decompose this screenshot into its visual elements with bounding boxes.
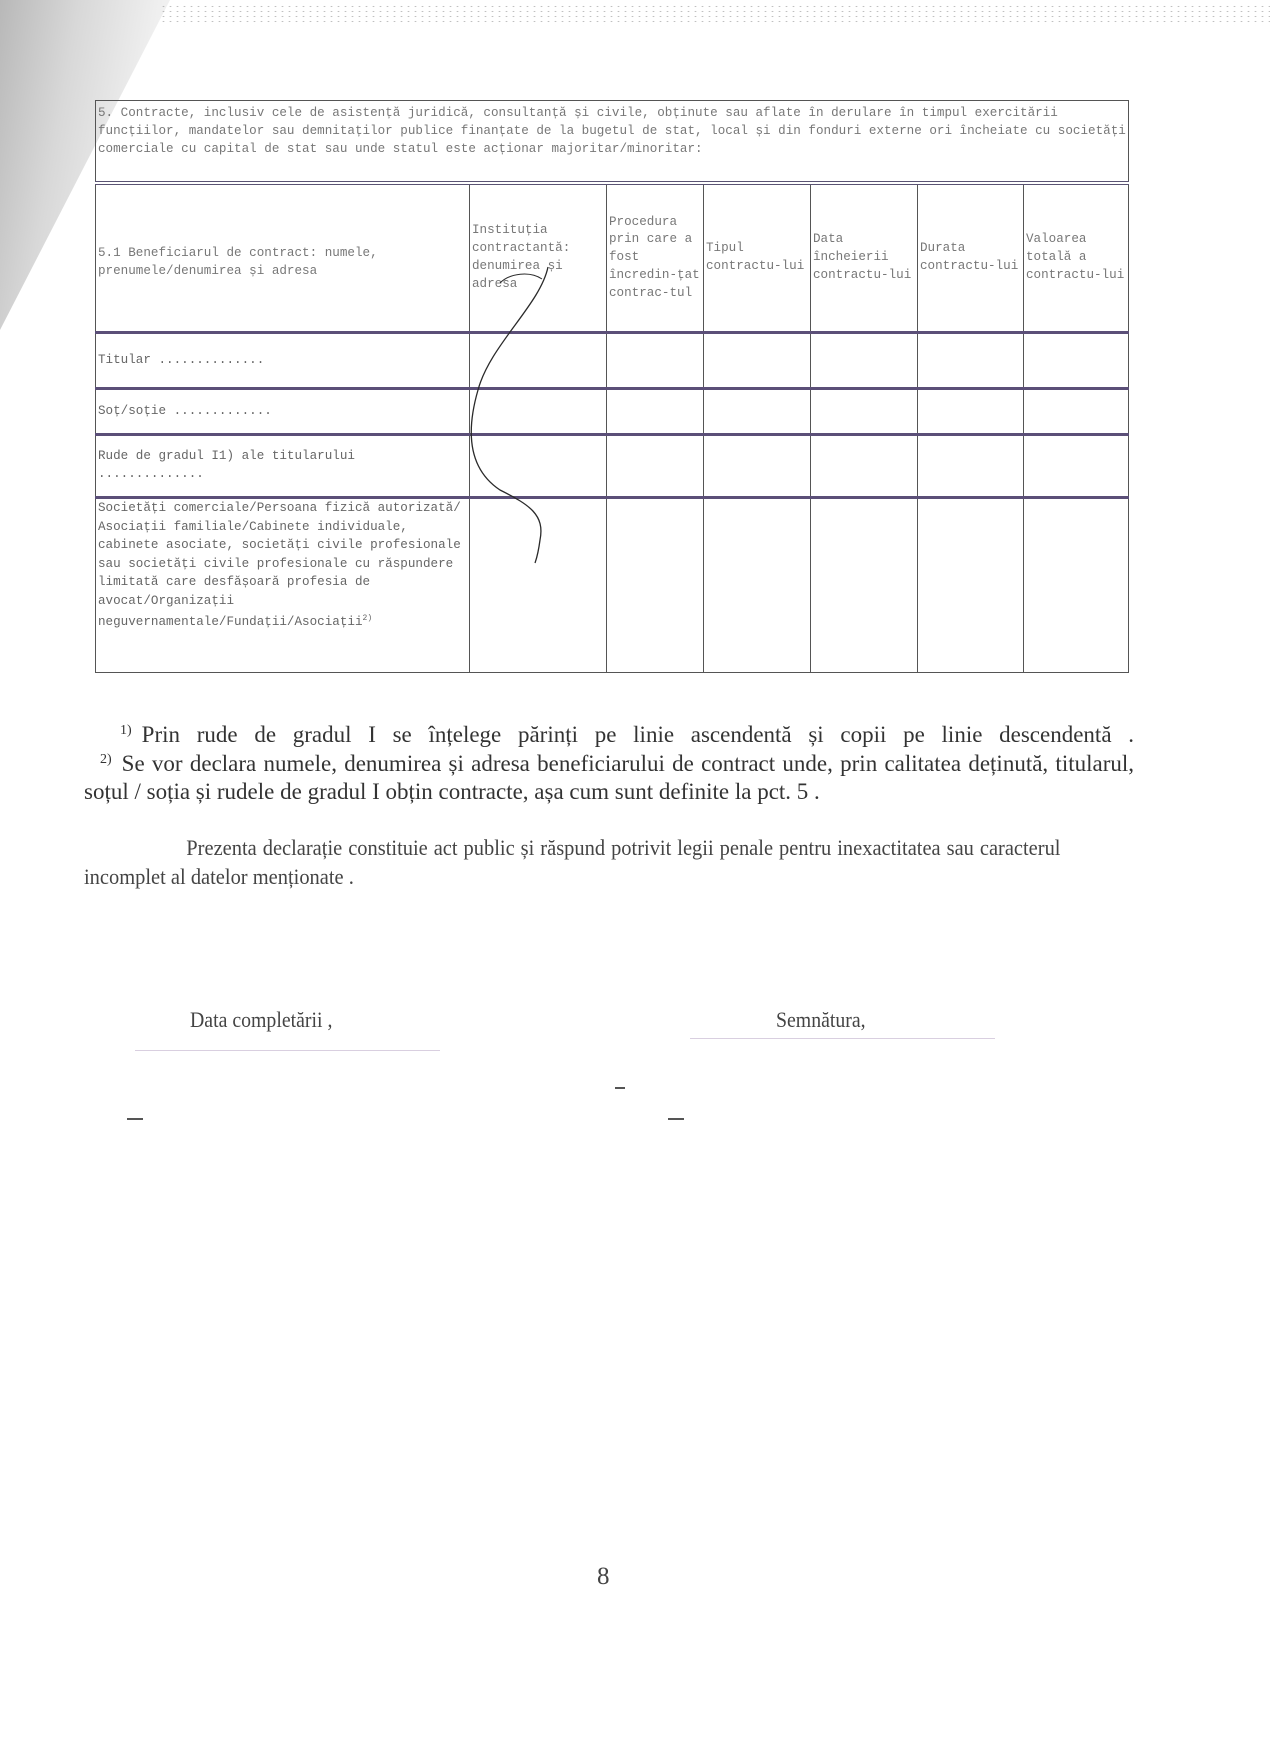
row-label-titular: Titular .............. bbox=[96, 333, 470, 389]
cell-date[interactable] bbox=[811, 389, 918, 435]
cell-type[interactable] bbox=[704, 389, 811, 435]
page-number: 8 bbox=[597, 1563, 610, 1591]
cell-duration[interactable] bbox=[918, 498, 1024, 673]
date-label: Data completării , bbox=[190, 1007, 332, 1033]
col-header-type: Tipul contractu-lui bbox=[704, 183, 811, 333]
footnote-2-mark: 2) bbox=[100, 752, 112, 767]
contracts-table: 5. Contracte, inclusiv cele de asistență… bbox=[95, 100, 1129, 673]
col-header-date: Data încheierii contractu-lui bbox=[811, 183, 918, 333]
footnote-2-text: Se vor declara numele, denumirea și adre… bbox=[84, 751, 1134, 804]
cell-duration[interactable] bbox=[918, 333, 1024, 389]
cell-type[interactable] bbox=[704, 435, 811, 498]
cell-institution[interactable] bbox=[470, 498, 607, 673]
footnote-1-text: Prin rude de gradul I se înțelege părinț… bbox=[142, 722, 1134, 747]
cell-date[interactable] bbox=[811, 333, 918, 389]
col-header-value: Valoarea totală a contractu-lui bbox=[1024, 183, 1129, 333]
cell-type[interactable] bbox=[704, 333, 811, 389]
cell-procedure[interactable] bbox=[607, 498, 704, 673]
row-label-spouse: Soț/soție ............. bbox=[96, 389, 470, 435]
signature-label: Semnătura, bbox=[776, 1007, 866, 1033]
cell-procedure[interactable] bbox=[607, 389, 704, 435]
cell-value[interactable] bbox=[1024, 435, 1129, 498]
cell-institution[interactable] bbox=[470, 389, 607, 435]
col-header-beneficiary: 5.1 Beneficiarul de contract: numele, pr… bbox=[96, 183, 470, 333]
row-label-companies-text: Societăți comerciale/Persoana fizică aut… bbox=[98, 501, 461, 629]
cell-date[interactable] bbox=[811, 435, 918, 498]
scan-noise-band bbox=[160, 4, 1270, 26]
declaration-statement: Prezenta declarație constituie act publi… bbox=[84, 833, 1061, 891]
dash-mark bbox=[127, 1118, 143, 1120]
table-header-row: 5.1 Beneficiarul de contract: numele, pr… bbox=[96, 183, 1129, 333]
dash-mark bbox=[668, 1118, 684, 1120]
cell-value[interactable] bbox=[1024, 498, 1129, 673]
col-header-duration: Durata contractu-lui bbox=[918, 183, 1024, 333]
col-header-institution: Instituția contractantă: denumirea și ad… bbox=[470, 183, 607, 333]
cell-duration[interactable] bbox=[918, 389, 1024, 435]
section-5-intro: 5. Contracte, inclusiv cele de asistență… bbox=[96, 101, 1129, 184]
cell-procedure[interactable] bbox=[607, 333, 704, 389]
cell-duration[interactable] bbox=[918, 435, 1024, 498]
table-row: Soț/soție ............. bbox=[96, 389, 1129, 435]
dash-mark bbox=[615, 1087, 625, 1089]
footnote-2: 2)Se vor declara numele, denumirea și ad… bbox=[84, 746, 1134, 806]
row-label-relatives: Rude de gradul I1) ale titularului .....… bbox=[96, 435, 470, 498]
table-row: Rude de gradul I1) ale titularului .....… bbox=[96, 435, 1129, 498]
cell-institution[interactable] bbox=[470, 333, 607, 389]
cell-type[interactable] bbox=[704, 498, 811, 673]
signature-field-line[interactable] bbox=[690, 1038, 995, 1039]
cell-institution[interactable] bbox=[470, 435, 607, 498]
cell-value[interactable] bbox=[1024, 389, 1129, 435]
cell-value[interactable] bbox=[1024, 333, 1129, 389]
col-header-procedure: Procedura prin care a fost încredin-țat … bbox=[607, 183, 704, 333]
date-field-line[interactable] bbox=[135, 1050, 440, 1051]
cell-procedure[interactable] bbox=[607, 435, 704, 498]
footnote-1: 1)Prin rude de gradul I se înțelege pări… bbox=[84, 717, 1134, 749]
footnote-ref-2: 2) bbox=[363, 614, 373, 623]
table-row: Societăți comerciale/Persoana fizică aut… bbox=[96, 498, 1129, 673]
footnote-1-mark: 1) bbox=[120, 723, 132, 738]
cell-date[interactable] bbox=[811, 498, 918, 673]
row-label-companies: Societăți comerciale/Persoana fizică aut… bbox=[96, 498, 470, 673]
table-row: Titular .............. bbox=[96, 333, 1129, 389]
